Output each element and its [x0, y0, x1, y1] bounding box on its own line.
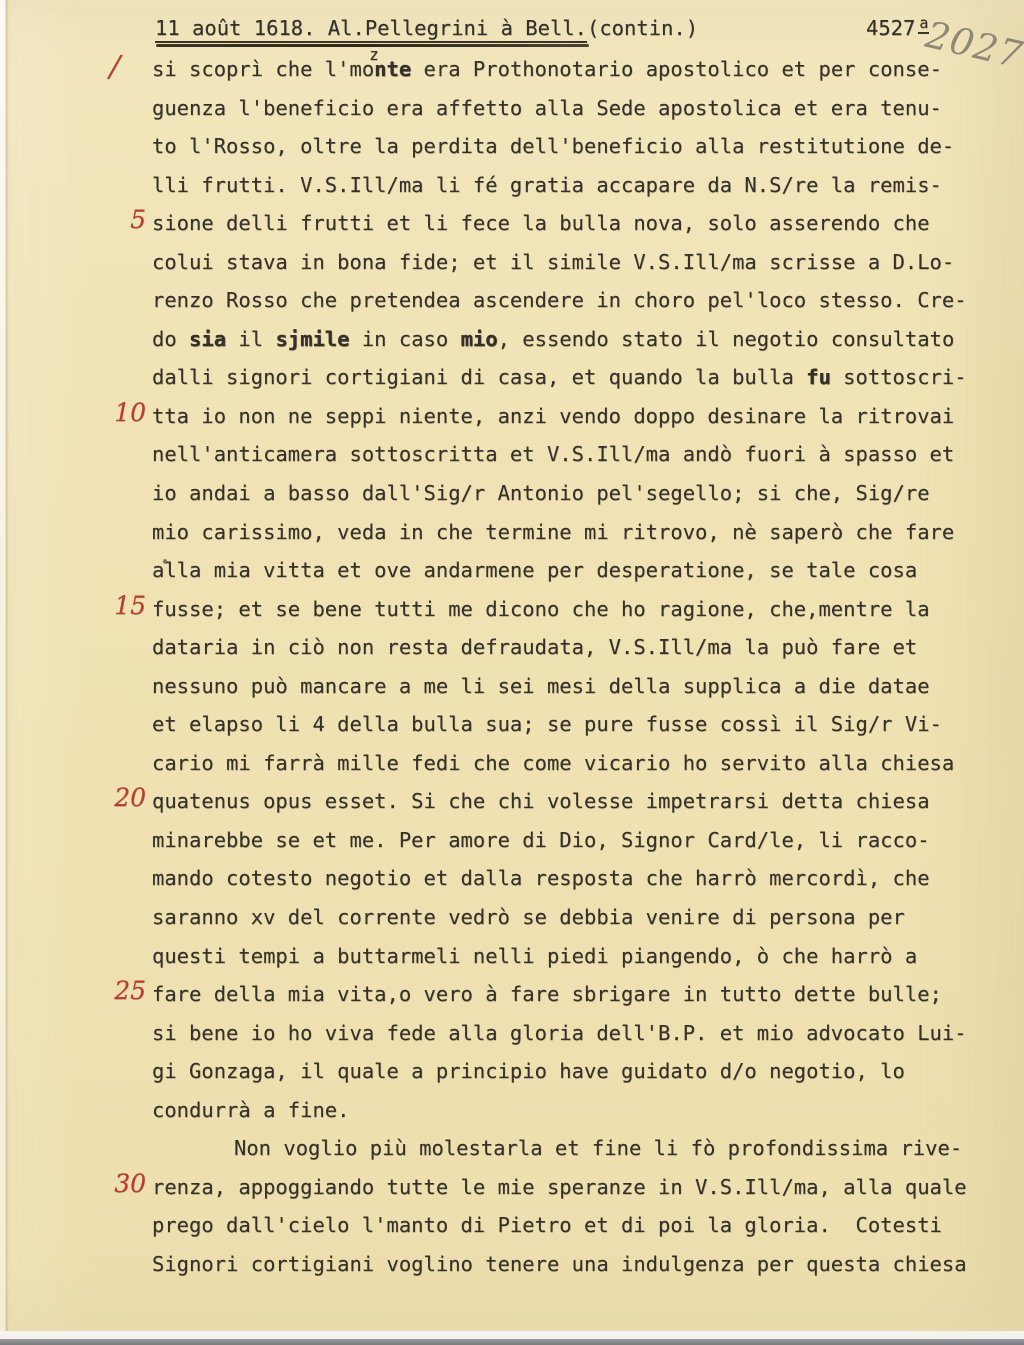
text-segment: tta io non ne seppi niente, anzi vendo d… — [152, 404, 954, 428]
text-segment: sia — [189, 327, 226, 351]
document-number-value: 4527 — [866, 16, 915, 40]
text-segment: , essendo stato il negotio consultato — [498, 327, 955, 351]
header: 11 août 1618. Al.Pellegrini à Bell.(cont… — [155, 16, 698, 40]
text-line: mando cotesto negotio et dalla resposta … — [152, 859, 992, 898]
scanner-background — [0, 1339, 1024, 1345]
text-line: nell'anticamera sottoscritta et V.S.Ill/… — [152, 435, 992, 474]
margin-line-number: 15 — [98, 587, 146, 626]
text-line: minarebbe se et me. Per amore di Dio, Si… — [152, 821, 992, 860]
text-line: prego dall'cielo l'manto di Pietro et di… — [152, 1206, 992, 1245]
text-line: 20quatenus opus esset. Si che chi voless… — [152, 782, 992, 821]
text-line: gi Gonzaga, il quale a principio have gu… — [152, 1052, 992, 1091]
text-segment: do — [152, 327, 189, 351]
header-title: 11 août 1618. Al.Pellegrini à Bell. — [155, 16, 587, 43]
text-line: cario mi farrà mille fedi che come vicar… — [152, 744, 992, 783]
text-segment: lli frutti. V.S.Ill/ma li fé gratia acca… — [152, 173, 942, 197]
text-segment: prego dall'cielo l'manto di Pietro et di… — [152, 1213, 942, 1237]
text-line: condurrà a fine. — [152, 1091, 992, 1130]
text-segment: fu — [806, 365, 831, 389]
text-line: 30renza, appoggiando tutte le mie speran… — [152, 1168, 992, 1207]
text-line: /si scoprì che l'moznte era Prothonotari… — [152, 50, 992, 89]
text-segment: guenza l'beneficio era affetto alla Sede… — [152, 96, 942, 120]
margin-red-slash: / — [93, 47, 163, 86]
text-segment: nte — [374, 57, 411, 81]
text-segment: Non voglio più molestarla et fine li fò … — [234, 1136, 962, 1160]
text-line: lli frutti. V.S.Ill/ma li fé gratia acca… — [152, 166, 992, 205]
text-segment: condurrà a fine. — [152, 1098, 349, 1122]
text-line: do sia il sjmile in caso mio, essendo st… — [152, 320, 992, 359]
text-line: nessuno può mancare a me li sei mesi del… — [152, 667, 992, 706]
text-segment: sottoscri- — [831, 365, 967, 389]
text-line: guenza l'beneficio era affetto alla Sede… — [152, 89, 992, 128]
text-segment: quatenus opus esset. Si che chi volesse … — [152, 789, 930, 813]
text-segment: era Prothonotario apostolico et per cons… — [411, 57, 942, 81]
text-segment: saranno xv del corrente vedrò se debbia … — [152, 905, 905, 929]
text-line: 5sione delli frutti et li fece la bulla … — [152, 204, 992, 243]
ink-speck — [163, 559, 167, 564]
text-segment: Signori cortigiani voglino tenere una in… — [152, 1252, 967, 1276]
text-segment: in caso — [350, 327, 461, 351]
text-line: 25fare della mia vita,o vero à fare sbri… — [152, 975, 992, 1014]
margin-line-number: 30 — [98, 1165, 146, 1204]
margin-line-number: 20 — [98, 779, 146, 818]
text-line: io andai a basso dall'Sig/r Antonio pel'… — [152, 474, 992, 513]
page-bottom-white-edge — [0, 1331, 1024, 1339]
text-segment: nessuno può mancare a me li sei mesi del… — [152, 674, 930, 698]
typewritten-text: /si scoprì che l'moznte era Prothonotari… — [152, 50, 992, 1284]
document-number: 4527a — [866, 16, 929, 41]
text-segment: fusse; et se bene tutti me dicono che ho… — [152, 597, 930, 621]
text-line: mio carissimo, veda in che termine mi ri… — [152, 513, 992, 552]
text-segment: dalli signori cortigiani di casa, et qua… — [152, 365, 806, 389]
text-segment: nell'anticamera sottoscritta et V.S.Ill/… — [152, 442, 954, 466]
text-segment: renzo Rosso che pretendea ascendere in c… — [152, 288, 967, 312]
paper-sheet: 11 août 1618. Al.Pellegrini à Bell.(cont… — [0, 0, 1024, 1331]
text-segment: dataria in ciò non resta defraudata, V.S… — [152, 635, 917, 659]
torn-left-edge — [0, 0, 5, 1331]
text-line: 15fusse; et se bene tutti me dicono che … — [152, 590, 992, 629]
text-segment: cario mi farrà mille fedi che come vicar… — [152, 751, 954, 775]
text-line: colui stava in bona fide; et il simile V… — [152, 243, 992, 282]
text-segment: questi tempi a buttarmeli nelli piedi pi… — [152, 944, 917, 968]
text-segment: renza, appoggiando tutte le mie speranze… — [152, 1175, 967, 1199]
text-segment: si bene io ho viva fede alla gloria dell… — [152, 1021, 967, 1045]
margin-line-number: 25 — [98, 972, 146, 1011]
text-segment: mio carissimo, veda in che termine mi ri… — [152, 520, 954, 544]
text-line: saranno xv del corrente vedrò se debbia … — [152, 898, 992, 937]
text-segment: colui stava in bona fide; et il simile V… — [152, 250, 954, 274]
text-segment: fare della mia vita,o vero à fare sbriga… — [152, 982, 942, 1006]
text-segment: alla mia vitta et ove andarmene per desp… — [152, 558, 917, 582]
margin-line-number: 5 — [98, 201, 146, 240]
header-suffix: (contin.) — [587, 16, 698, 40]
text-segment: minarebbe se et me. Per amore di Dio, Si… — [152, 828, 930, 852]
text-segment: il — [226, 327, 275, 351]
text-segment: sjmile — [275, 327, 349, 351]
text-line: renzo Rosso che pretendea ascendere in c… — [152, 281, 992, 320]
text-line: questi tempi a buttarmeli nelli piedi pi… — [152, 937, 992, 976]
text-line: si bene io ho viva fede alla gloria dell… — [152, 1014, 992, 1053]
text-line: Signori cortigiani voglino tenere una in… — [152, 1245, 992, 1284]
text-segment: sione delli frutti et li fece la bulla n… — [152, 211, 930, 235]
text-line: dalli signori cortigiani di casa, et qua… — [152, 358, 992, 397]
text-line: to l'Rosso, oltre la perdita dell'benefi… — [152, 127, 992, 166]
left-crease-shadow — [6, 0, 9, 1331]
margin-line-number: 10 — [98, 394, 146, 433]
text-segment: mando cotesto negotio et dalla resposta … — [152, 866, 930, 890]
text-line: alla mia vitta et ove andarmene per desp… — [152, 551, 992, 590]
text-segment: si scoprì che l'mo — [152, 57, 374, 81]
text-segment: to l'Rosso, oltre la perdita dell'benefi… — [152, 134, 954, 158]
text-line: Non voglio più molestarla et fine li fò … — [152, 1129, 992, 1168]
text-segment: mio — [461, 327, 498, 351]
text-segment: et elapso li 4 della bulla sua; se pure … — [152, 712, 942, 736]
text-line: 10tta io non ne seppi niente, anzi vendo… — [152, 397, 992, 436]
text-line: dataria in ciò non resta defraudata, V.S… — [152, 628, 992, 667]
text-line: et elapso li 4 della bulla sua; se pure … — [152, 705, 992, 744]
text-segment: io andai a basso dall'Sig/r Antonio pel'… — [152, 481, 930, 505]
text-segment: gi Gonzaga, il quale a principio have gu… — [152, 1059, 905, 1083]
